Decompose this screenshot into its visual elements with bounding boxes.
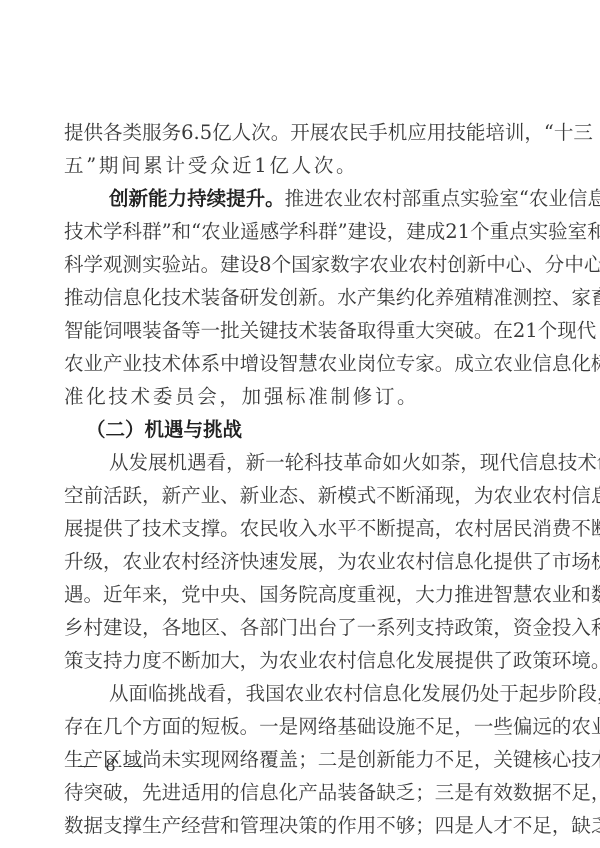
glyph: 仍 [460,677,480,710]
text-line: 科学观测实验站。建设8个国家数字农业农村创新中心、分中心， [64,248,538,281]
glyph: 产 [298,776,318,809]
glyph: 不 [376,479,396,512]
glyph: 为 [474,479,494,512]
glyph: 键 [513,743,533,776]
glyph: ， [103,545,123,578]
glyph: 命 [363,446,383,479]
glyph: 精 [474,281,494,314]
glyph: 活 [103,479,123,512]
glyph: 业 [259,479,279,512]
glyph: 板 [220,710,240,743]
glyph: 重 [421,182,441,215]
text-line: 智能饲喂装备等一批关键技术装备取得重大突破。在21个现代 [64,314,538,347]
glyph: 业 [389,248,409,281]
glyph: 力 [435,578,455,611]
glyph: 五 [64,149,84,182]
glyph: 修 [353,380,373,413]
glyph: 不 [376,809,396,842]
paragraph-opportunities: 从发展机遇看，新一轮科技革命如火如荼，现代信息技术创新 空前活跃，新产业、新业态… [64,446,538,677]
glyph: 据 [532,776,552,809]
glyph: 实 [460,182,480,215]
glyph: 集 [376,281,396,314]
glyph: “ [519,182,529,215]
glyph: 发 [129,446,149,479]
glyph: 和 [220,809,240,842]
glyph: 术 [162,347,182,380]
glyph: 测 [513,281,533,314]
glyph: 和 [591,611,600,644]
glyph: 动 [84,281,104,314]
glyph: 门 [279,611,299,644]
glyph: 技 [279,314,299,347]
glyph: 足 [454,743,474,776]
glyph: 化 [142,281,162,314]
glyph: 升 [64,545,84,578]
text-line: 技术学科群”和“农业遥感学科群”建设，建成21个重点实验室和 [64,215,538,248]
glyph: 科 [123,215,143,248]
glyph: 核 [532,743,552,776]
glyph: ， [387,215,407,248]
glyph: 为 [337,545,357,578]
glyph: 6 [181,116,193,149]
glyph: 入 [298,512,318,545]
glyph: 和 [587,215,600,248]
glyph: 进 [304,182,324,215]
glyph: 市 [552,545,572,578]
glyph: 数 [330,248,350,281]
glyph: 策 [298,809,318,842]
glyph: 大 [415,314,435,347]
glyph: 约 [396,281,416,314]
glyph: 遥 [240,215,260,248]
glyph: 模 [337,479,357,512]
glyph: 国 [259,578,279,611]
glyph: 先 [142,776,162,809]
glyph: 手 [368,116,388,149]
glyph: 术 [181,281,201,314]
glyph: 重 [357,578,377,611]
glyph: ， [552,809,572,842]
glyph: 个 [272,248,292,281]
glyph: 了 [123,512,143,545]
glyph: 来 [142,578,162,611]
glyph: 农 [318,347,338,380]
glyph: 等 [181,314,201,347]
glyph: 政 [513,644,533,677]
glyph: 息 [552,347,572,380]
glyph: 中 [564,248,584,281]
glyph: 化 [402,677,422,710]
glyph: 力 [168,182,188,215]
glyph: 待 [64,776,84,809]
glyph: 足 [532,809,552,842]
glyph: 技 [142,512,162,545]
glyph: 业 [343,182,363,215]
glyph: 推 [64,281,84,314]
glyph: 跃 [123,479,143,512]
glyph: ， [524,116,544,149]
glyph: 次 [314,149,334,182]
glyph: 业 [84,347,104,380]
glyph: 大 [415,578,435,611]
glyph: 亿 [212,116,232,149]
glyph: 加 [201,644,221,677]
glyph: 络 [318,710,338,743]
glyph: 人 [474,809,494,842]
glyph: 业 [123,347,143,380]
glyph: 订 [375,380,395,413]
glyph: 高 [415,512,435,545]
glyph: 建 [220,248,240,281]
glyph: 国 [265,677,285,710]
glyph: 2 [445,215,457,248]
glyph: 能 [148,182,168,215]
glyph: 二 [318,743,338,776]
glyph: 供 [103,512,123,545]
glyph: 验 [480,182,500,215]
glyph: 火 [402,446,422,479]
glyph: 智 [493,578,513,611]
glyph: 是 [454,809,474,842]
glyph: 续 [207,182,227,215]
glyph: 。 [336,149,356,182]
glyph: 用 [427,116,447,149]
glyph: 准 [308,380,328,413]
glyph: 系 [376,611,396,644]
glyph: ， [454,710,474,743]
glyph: 系 [201,347,221,380]
glyph: 些 [493,710,513,743]
glyph: 村 [382,182,402,215]
glyph: 位 [376,347,396,380]
glyph: 一 [201,314,221,347]
glyph: 度 [337,578,357,611]
glyph: 息 [123,281,143,314]
glyph: 业 [548,182,568,215]
text-line: 五”期间累计受众近1亿人次。 [64,149,538,182]
glyph: 。 [591,644,600,677]
glyph: 场 [571,545,591,578]
glyph: 培 [485,116,505,149]
glyph: 民 [259,512,279,545]
glyph: 业 [513,479,533,512]
glyph: ， [226,446,246,479]
glyph: 党 [181,578,201,611]
glyph: 业 [298,644,318,677]
glyph: 技 [108,380,128,413]
glyph: 。 [435,347,455,380]
glyph: 是 [454,776,474,809]
glyph: 控 [532,281,552,314]
glyph: 新 [467,248,487,281]
glyph: 学 [103,215,123,248]
glyph: 支 [84,644,104,677]
glyph: 生 [142,809,162,842]
glyph: 提 [64,116,84,149]
glyph: 术 [577,446,597,479]
glyph: 看 [207,446,227,479]
glyph: 机 [591,545,600,578]
glyph: 学 [279,215,299,248]
glyph: 中 [201,578,221,611]
glyph: 三 [435,776,455,809]
glyph: 农 [285,677,305,710]
glyph: 村 [84,611,104,644]
glyph: 得 [376,314,396,347]
glyph: 一 [474,710,494,743]
glyph: 在 [84,710,104,743]
glyph: 大 [220,644,240,677]
glyph: 家 [311,248,331,281]
glyph: 面 [129,677,149,710]
glyph: 农 [64,347,84,380]
glyph: 农 [329,116,349,149]
glyph: 施 [396,710,416,743]
glyph: 、 [525,248,545,281]
glyph: 技 [324,446,344,479]
glyph: 展 [441,677,461,710]
glyph: 在 [493,314,513,347]
glyph: 期 [99,149,119,182]
glyph: 新 [318,479,338,512]
glyph: 化 [86,380,106,413]
glyph: 殖 [454,281,474,314]
glyph: 点 [509,215,529,248]
glyph: 段 [577,677,597,710]
glyph: 亿 [269,149,289,182]
glyph: 科 [64,248,84,281]
glyph: 的 [318,809,338,842]
text-line: 农业产业技术体系中增设智慧农业岗位专家。成立农业信息化标 [64,347,538,380]
glyph: 村 [181,545,201,578]
glyph: 能 [84,314,104,347]
glyph: 撑 [123,809,143,842]
glyph: 居 [493,512,513,545]
glyph: 农 [201,215,221,248]
glyph: 临 [148,677,168,710]
glyph: 体 [181,347,201,380]
paragraph-innovation: 创新能力持续提升。推进农业农村部重点实验室“农业信息 技术学科群”和“农业遥感学… [64,182,538,413]
glyph: 信 [568,182,588,215]
glyph: 化 [474,545,494,578]
glyph: ， [240,644,260,677]
glyph: 业 [337,347,357,380]
glyph: 息 [538,446,558,479]
glyph: 如 [382,446,402,479]
glyph: 智 [64,314,84,347]
glyph: 批 [220,314,240,347]
glyph: 能 [466,116,486,149]
glyph: 快 [240,545,260,578]
glyph: 创 [357,743,377,776]
glyph: 2 [513,314,525,347]
glyph: 受 [188,149,208,182]
glyph: 室 [499,182,519,215]
glyph: 农 [493,479,513,512]
glyph: 准 [64,380,84,413]
glyph: 乏 [396,776,416,809]
glyph: 十 [554,116,574,149]
glyph: 计 [165,149,185,182]
glyph: 如 [421,446,441,479]
glyph: 一 [259,710,279,743]
glyph: 资 [513,611,533,644]
glyph: 标 [591,347,600,380]
glyph: ， [474,743,494,776]
glyph: 处 [480,677,500,710]
glyph: 新 [129,182,149,215]
text-line: 升级，农业农村经济快速发展，为农业农村信息化提供了市场机 [64,545,538,578]
glyph: ， [226,677,246,710]
glyph: 短 [201,710,221,743]
glyph: 科 [304,446,324,479]
glyph: 新 [376,743,396,776]
glyph: 适 [181,776,201,809]
glyph: 视 [376,578,396,611]
glyph: 装 [318,314,338,347]
glyph: 观 [103,248,123,281]
glyph: 一 [357,611,377,644]
glyph: 央 [220,578,240,611]
glyph: 缺 [376,776,396,809]
glyph: 年 [123,578,143,611]
glyph: 发 [279,545,299,578]
glyph: 遇 [187,446,207,479]
glyph: ； [415,776,435,809]
glyph: ， [318,545,338,578]
glyph: 持 [435,611,455,644]
glyph: 持 [187,182,207,215]
glyph: 不 [357,512,377,545]
glyph: 关 [493,743,513,776]
glyph: 乏 [591,809,600,842]
glyph: 提 [84,512,104,545]
glyph: 装 [201,281,221,314]
glyph: 务 [279,578,299,611]
glyph: 农 [240,512,260,545]
glyph: 村 [343,677,363,710]
glyph: 足 [571,776,591,809]
glyph: 民 [349,116,369,149]
glyph: 提 [454,644,474,677]
glyph: 出 [298,611,318,644]
glyph: 进 [162,776,182,809]
glyph: 突 [84,776,104,809]
glyph: 业 [376,545,396,578]
glyph: 近 [103,578,123,611]
glyph: 关 [240,314,260,347]
glyph: 家 [571,281,591,314]
glyph: 供 [513,545,533,578]
glyph: 代 [499,446,519,479]
glyph: 化 [396,644,416,677]
glyph: 分 [545,248,565,281]
glyph: 实 [181,743,201,776]
glyph: 支 [181,512,201,545]
glyph: 缺 [571,809,591,842]
glyph: 方 [142,710,162,743]
glyph: 、 [220,479,240,512]
glyph: 区 [201,611,221,644]
glyph: 息 [591,479,600,512]
glyph: 创 [447,248,467,281]
glyph: 营 [201,809,221,842]
glyph: 基 [337,710,357,743]
glyph: 展 [298,545,318,578]
glyph: 业 [142,545,162,578]
glyph: 起 [519,677,539,710]
glyph: 点 [441,182,461,215]
glyph: 荼 [441,446,461,479]
glyph: 于 [499,677,519,710]
glyph: 发 [259,281,279,314]
glyph: 训 [505,116,525,149]
glyph: 看 [207,677,227,710]
glyph: 破 [454,314,474,347]
glyph: 委 [153,380,173,413]
glyph: 增 [240,347,260,380]
text-line: 遇。近年来，党中央、国务院高度重视，大力推进智慧农业和数字 [64,578,538,611]
glyph: 。 [265,182,285,215]
glyph: ， [454,479,474,512]
text-line: 从发展机遇看，新一轮科技革命如火如荼，现代信息技术创新 [64,446,538,479]
glyph: 不 [552,776,572,809]
glyph: 技 [558,446,578,479]
glyph: 盖 [279,743,299,776]
glyph: 态 [279,479,299,512]
glyph: 化 [415,281,435,314]
glyph: 四 [435,809,455,842]
glyph: 断 [181,644,201,677]
glyph: 研 [240,281,260,314]
glyph: 验 [548,215,568,248]
glyph: 现 [435,479,455,512]
glyph: 。 [474,314,494,347]
glyph: 提 [493,545,513,578]
section-heading: （二）机遇与挑战 [64,413,538,446]
text-line: 策支持力度不断加大，为农业农村信息化发展提供了政策环境。 [64,644,538,677]
glyph: 代 [577,314,597,347]
glyph: 信 [103,281,123,314]
glyph: 支 [415,611,435,644]
glyph: 心 [506,248,526,281]
glyph: 速 [259,545,279,578]
glyph: 设 [367,215,387,248]
glyph: ” [162,215,172,248]
glyph: 农 [363,182,383,215]
glyph: 术 [131,380,151,413]
glyph: 信 [363,677,383,710]
glyph: 前 [84,479,104,512]
glyph: 装 [142,314,162,347]
glyph: 农 [318,644,338,677]
glyph: 慧 [298,347,318,380]
glyph: 农 [357,545,377,578]
glyph: 式 [357,479,377,512]
glyph: 水 [318,512,338,545]
glyph: 制 [330,380,350,413]
glyph: 设 [123,611,143,644]
paragraph-service-stats: 提供各类服务6.5亿人次。开展农民手机应用技能培训，“十三 五”期间累计受众近1… [64,116,538,182]
glyph: 农 [396,545,416,578]
glyph: 术 [591,743,600,776]
text-line: 待突破，先进适用的信息化产品装备缺乏；三是有效数据不足，用 [64,776,538,809]
glyph: ； [298,743,318,776]
glyph: 重 [396,314,416,347]
glyph: 术 [84,215,104,248]
glyph: 、 [298,479,318,512]
glyph: 经 [201,545,221,578]
